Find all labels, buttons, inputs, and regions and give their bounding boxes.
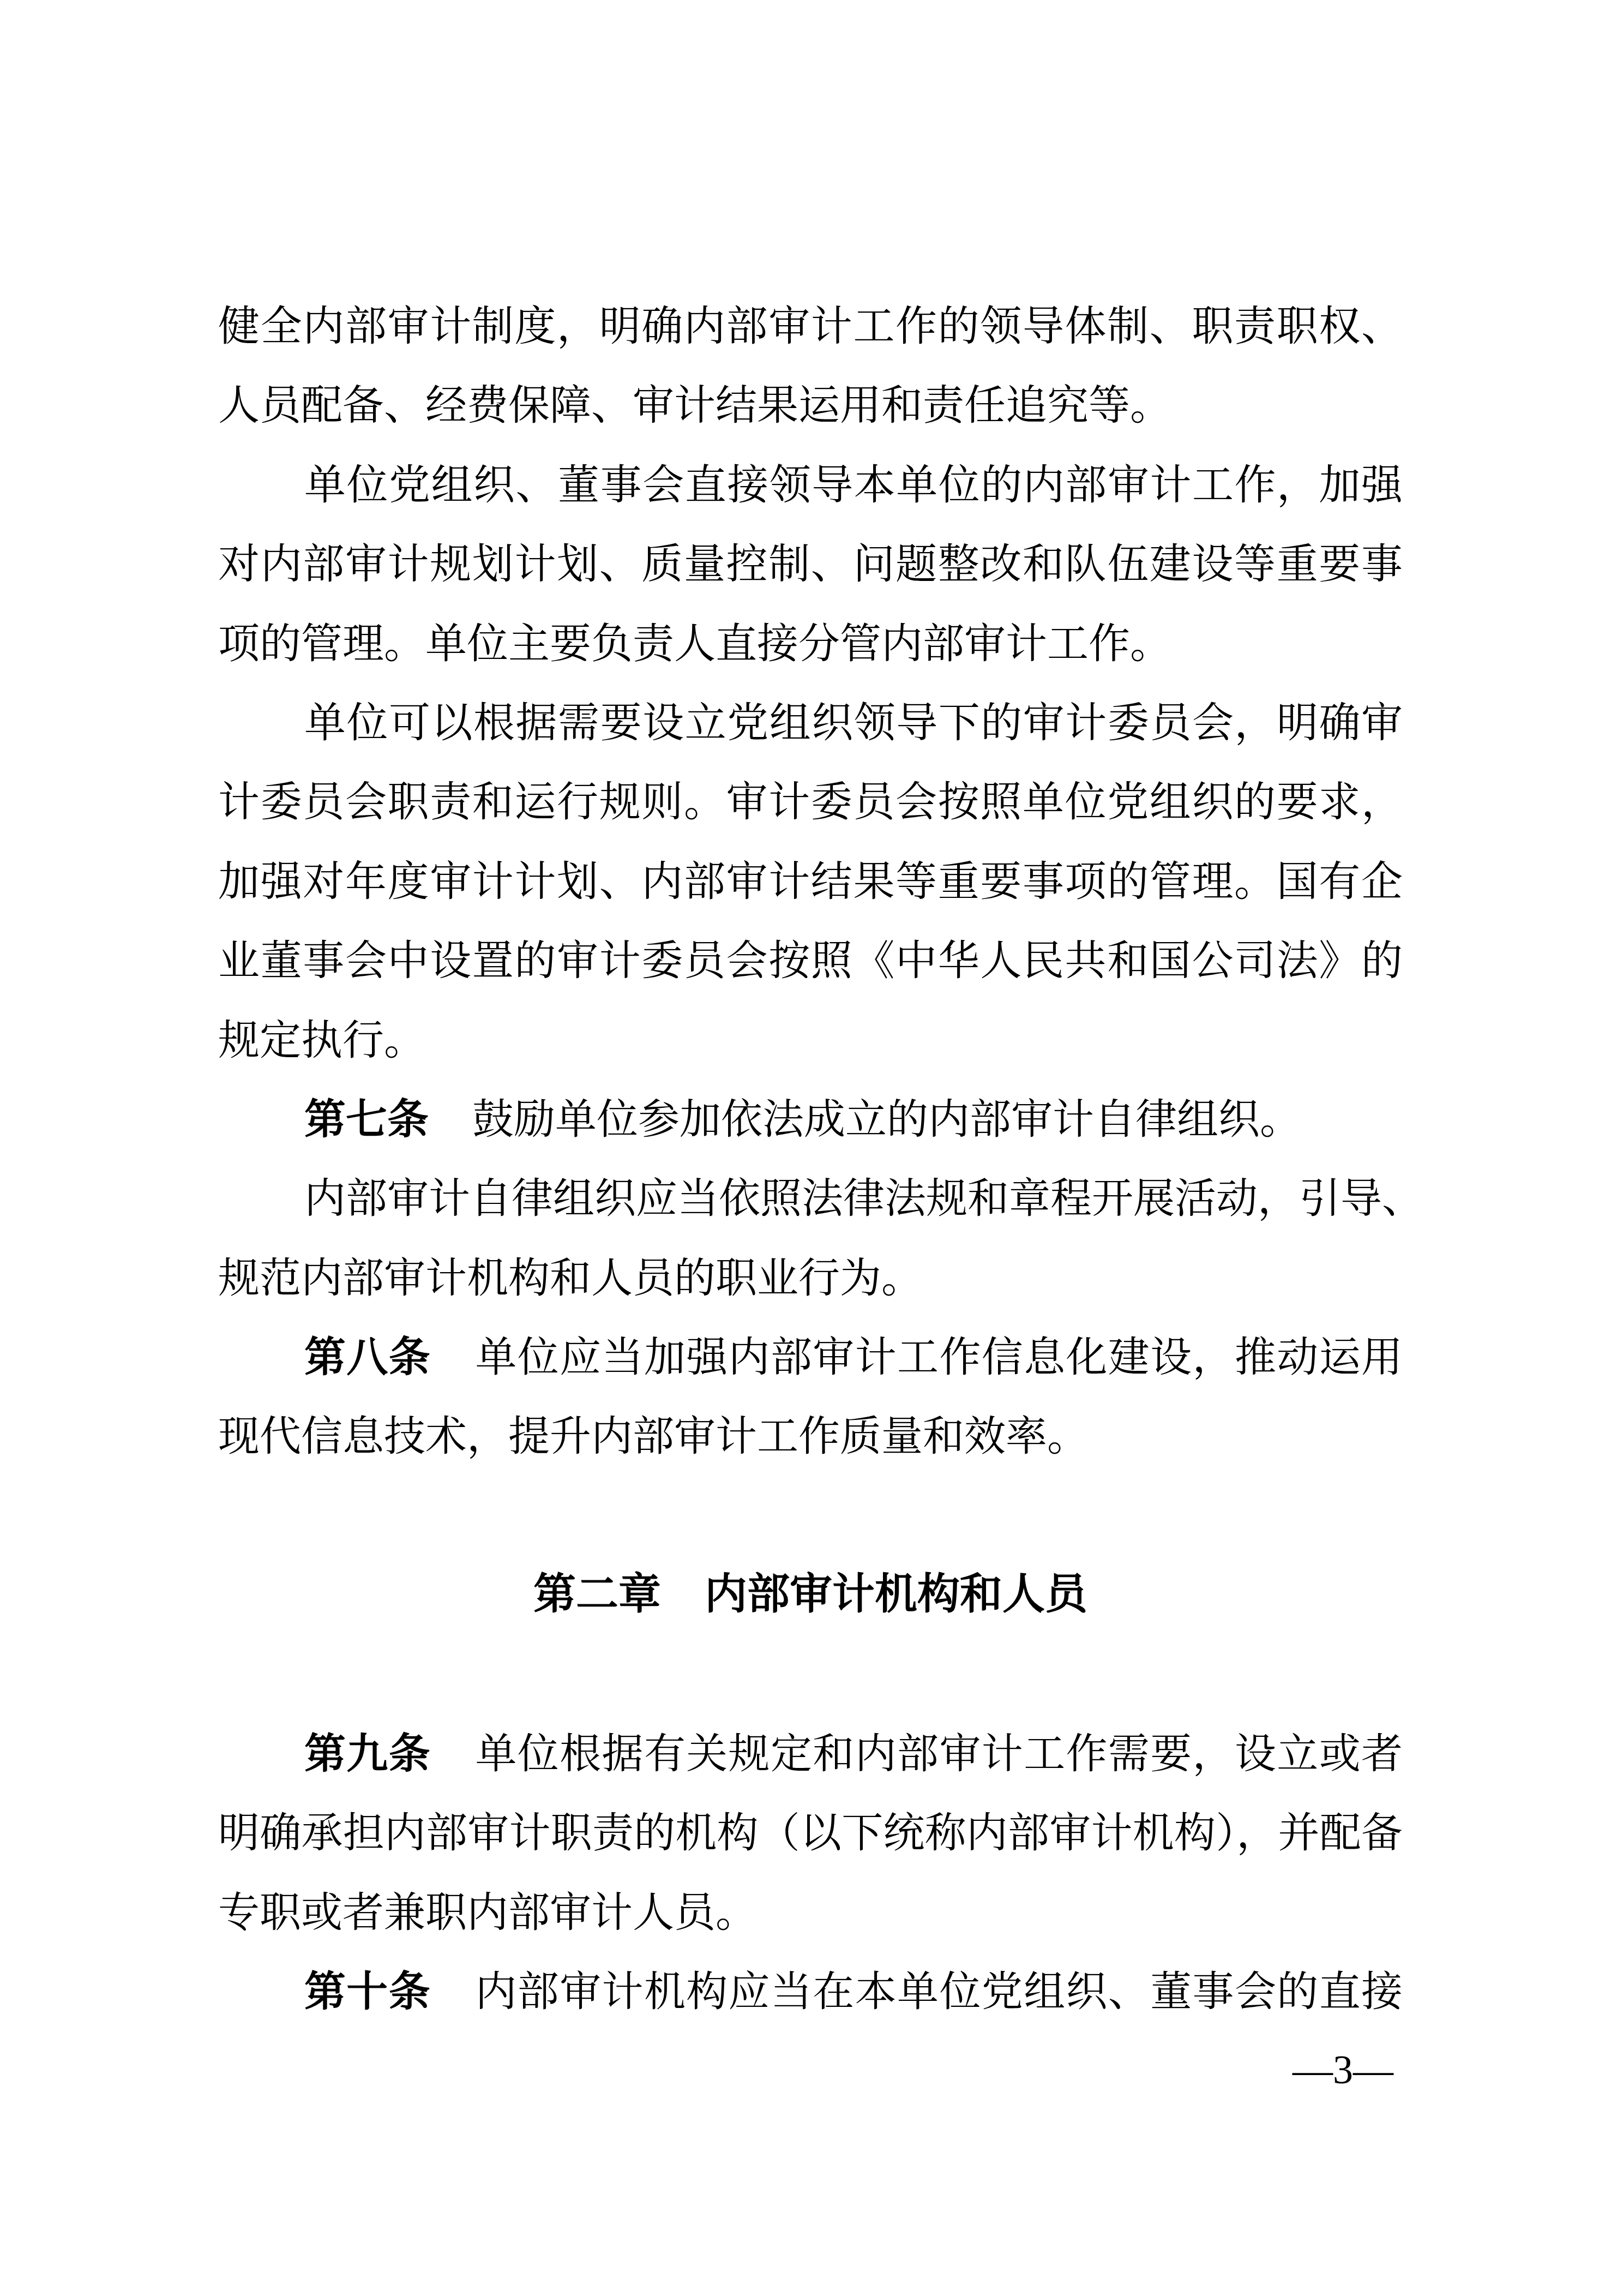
paragraph-line: 加强对年度审计计划、内部审计结果等重要事项的管理。国有企 — [218, 842, 1403, 921]
article-text: 单位根据有关规定和内部审计工作需要，设立或者 — [474, 1729, 1403, 1778]
article-text: 内部审计机构应当在本单位党组织、董事会的直接 — [474, 1967, 1403, 2016]
paragraph-line: 业董事会中设置的审计委员会按照《中华人民共和国公司法》的 — [218, 921, 1403, 1000]
article-8-line: 第八条单位应当加强内部审计工作信息化建设，推动运用 — [218, 1317, 1403, 1396]
document-page: 健全内部审计制度，明确内部审计工作的领导体制、职责职权、 人员配备、经费保障、审… — [0, 0, 1623, 2296]
article-7-line: 第七条鼓励单位参加依法成立的内部审计自律组织。 — [218, 1080, 1403, 1159]
paragraph-line: 人员配备、经费保障、审计结果运用和责任追究等。 — [218, 365, 1403, 445]
paragraph-line: 项的管理。单位主要负责人直接分管内部审计工作。 — [218, 604, 1403, 683]
article-10-line: 第十条内部审计机构应当在本单位党组织、董事会的直接 — [218, 1952, 1403, 2031]
blank-line — [218, 1476, 1403, 1555]
page-number: —3— — [1293, 2043, 1385, 2097]
paragraph-line: 专职或者兼职内部审计人员。 — [218, 1873, 1403, 1952]
chapter-title: 内部审计机构和人员 — [705, 1570, 1087, 1619]
chapter-number: 第二章 — [533, 1570, 661, 1619]
article-text: 鼓励单位参加依法成立的内部审计自律组织。 — [472, 1095, 1301, 1143]
paragraph-line: 现代信息技术，提升内部审计工作质量和效率。 — [218, 1396, 1403, 1476]
chapter-heading: 第二章内部审计机构和人员 — [218, 1555, 1403, 1634]
paragraph-line: 明确承担内部审计职责的机构（以下统称内部审计机构），并配备 — [218, 1793, 1403, 1872]
paragraph-line: 内部审计自律组织应当依照法律法规和章程开展活动，引导、 — [218, 1159, 1403, 1238]
paragraph-line: 单位党组织、董事会直接领导本单位的内部审计工作，加强 — [218, 445, 1403, 524]
body-text: 健全内部审计制度，明确内部审计工作的领导体制、职责职权、 人员配备、经费保障、审… — [218, 286, 1403, 2031]
article-text: 单位应当加强内部审计工作信息化建设，推动运用 — [474, 1333, 1403, 1381]
blank-line — [218, 1635, 1403, 1714]
paragraph-line: 单位可以根据需要设立党组织领导下的审计委员会，明确审 — [218, 683, 1403, 762]
article-label: 第十条 — [304, 1967, 431, 2016]
paragraph-line: 计委员会职责和运行规则。审计委员会按照单位党组织的要求， — [218, 762, 1403, 841]
paragraph-line: 规定执行。 — [218, 1000, 1403, 1080]
article-label: 第七条 — [304, 1095, 429, 1143]
paragraph-line: 规范内部审计机构和人员的职业行为。 — [218, 1238, 1403, 1317]
article-label: 第八条 — [304, 1333, 431, 1381]
article-label: 第九条 — [304, 1729, 431, 1778]
paragraph-line: 对内部审计规划计划、质量控制、问题整改和队伍建设等重要事 — [218, 524, 1403, 603]
paragraph-line: 健全内部审计制度，明确内部审计工作的领导体制、职责职权、 — [218, 286, 1403, 365]
article-9-line: 第九条单位根据有关规定和内部审计工作需要，设立或者 — [218, 1714, 1403, 1793]
